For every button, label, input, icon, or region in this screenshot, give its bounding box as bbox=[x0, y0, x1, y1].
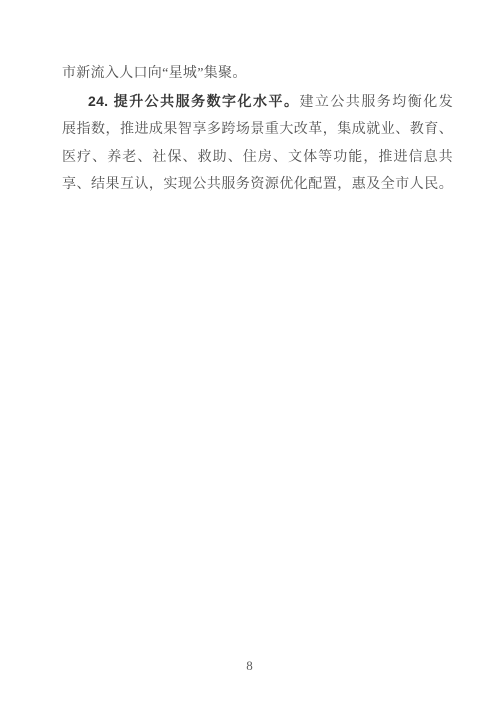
item24-line-4: 享、结果互认，实现公共服务资源优化配置，惠及全市人民。 bbox=[62, 171, 453, 199]
page-number: 8 bbox=[0, 657, 499, 675]
item24-line-3: 医疗、养老、社保、救助、住房、文体等功能，推进信息共 bbox=[62, 144, 453, 172]
document-page: 市新流入人口向“星城”集聚。 24. 提升公共服务数字化水平。建立公共服务均衡化… bbox=[0, 0, 499, 706]
text-block: 市新流入人口向“星城”集聚。 24. 提升公共服务数字化水平。建立公共服务均衡化… bbox=[62, 60, 453, 199]
item24-line-1: 24. 提升公共服务数字化水平。建立公共服务均衡化发 bbox=[62, 88, 453, 117]
item24-number-heading: 24. 提升公共服务数字化水平。 bbox=[88, 93, 299, 109]
paragraph-continuation-line: 市新流入人口向“星城”集聚。 bbox=[62, 60, 453, 88]
item24-line-1-rest: 建立公共服务均衡化发 bbox=[299, 95, 453, 110]
item24-line-2: 展指数，推进成果智享多跨场景重大改革，集成就业、教育、 bbox=[62, 116, 453, 144]
